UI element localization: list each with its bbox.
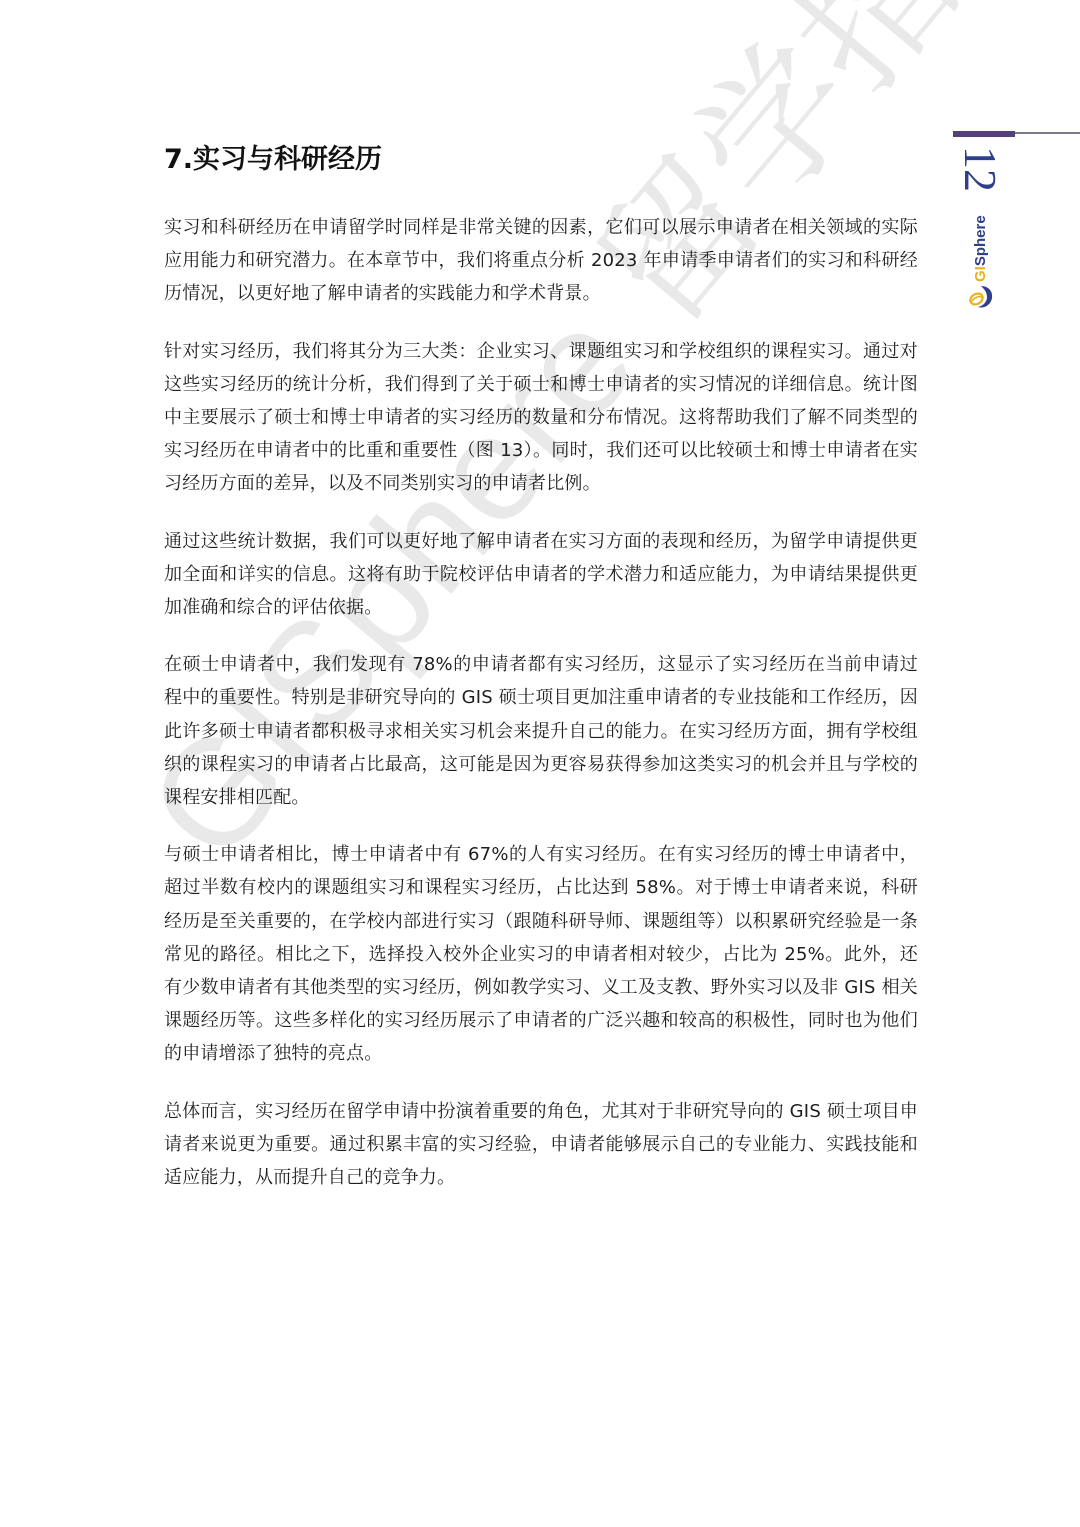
- brand-suffix: Sphere: [972, 215, 989, 266]
- paragraph-summary: 总体而言，实习经历在留学申请中扮演着重要的角色，尤其对于非研究导向的 GIS 硕…: [164, 1095, 918, 1195]
- paragraph-phd: 与硕士申请者相比，博士申请者中有 67%的人有实习经历。在有实习经历的博士申请者…: [164, 838, 918, 1070]
- brand-prefix: GI: [972, 266, 989, 282]
- page-content: 7.实习与科研经历 实习和科研经历在申请留学时同样是非常关键的因素，它们可以展示…: [164, 140, 918, 1194]
- header-accent-bar: [953, 131, 1080, 137]
- rule-line: [1015, 132, 1080, 134]
- gisphere-swirl-logo-icon: [967, 283, 995, 311]
- paragraph-statistics: 通过这些统计数据，我们可以更好地了解申请者在实习方面的表现和经历，为留学申请提供…: [164, 525, 918, 625]
- paragraph-intro: 实习和科研经历在申请留学时同样是非常关键的因素，它们可以展示申请者在相关领域的实…: [164, 211, 918, 311]
- paragraph-masters: 在硕士申请者中，我们发现有 78%的申请者都有实习经历，这显示了实习经历在当前申…: [164, 648, 918, 814]
- page-number: 12: [958, 146, 1002, 200]
- brand-logo: GISphere: [964, 210, 998, 310]
- brand-wordmark: GISphere: [964, 210, 998, 282]
- section-title: 7.实习与科研经历: [164, 140, 918, 180]
- accent-bar-segment: [953, 131, 1015, 137]
- paragraph-categories: 针对实习经历，我们将其分为三大类：企业实习、课题组实习和学校组织的课程实习。通过…: [164, 335, 918, 501]
